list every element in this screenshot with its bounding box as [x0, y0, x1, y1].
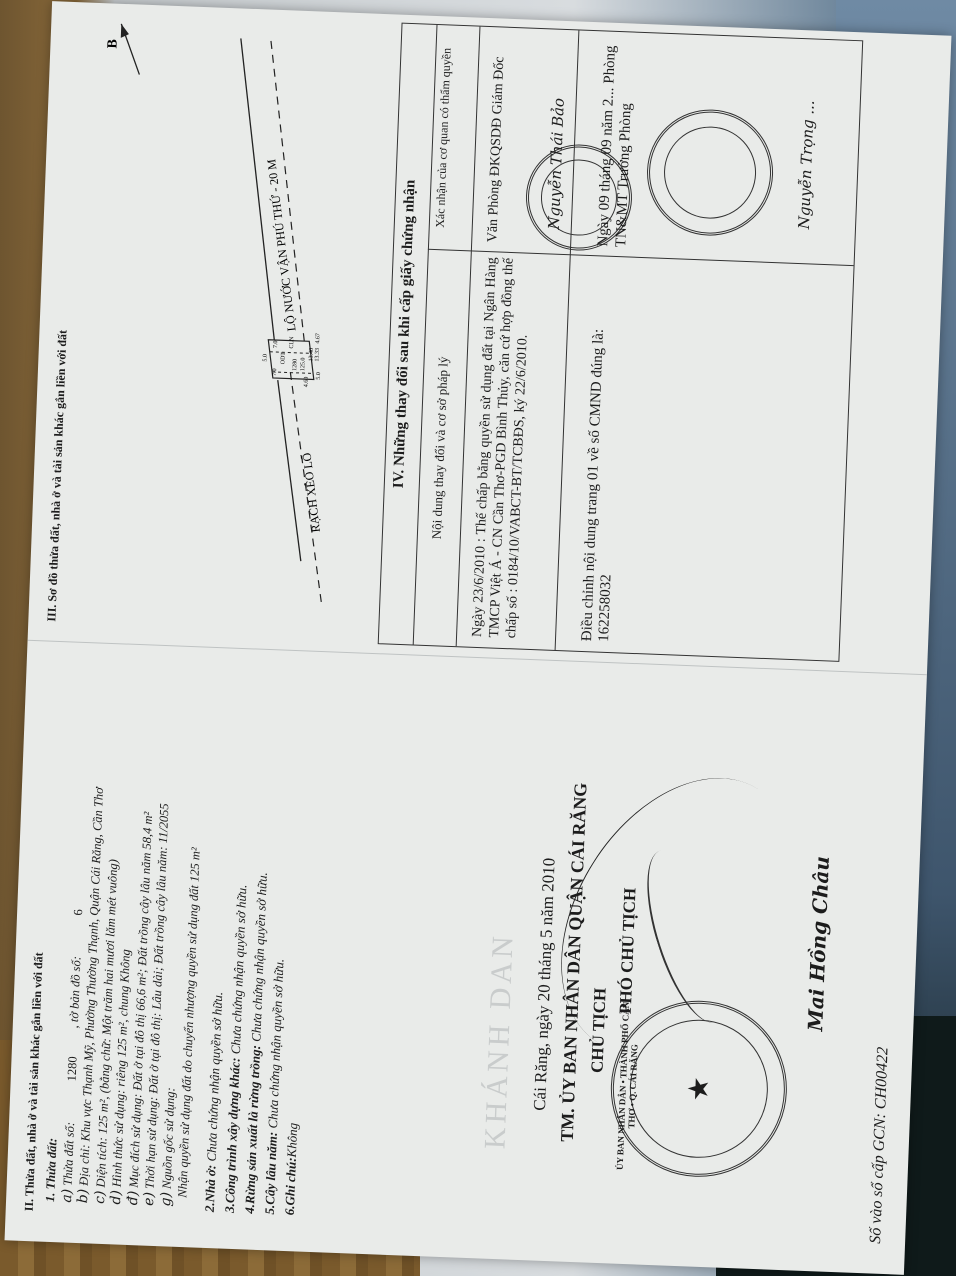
confirmation-mortgage: Văn Phòng ĐKQSDĐ Giám Đốc — [484, 32, 509, 242]
change-entry-mortgage: Ngày 23/6/2010 : Thế chấp bằng quyền sử … — [469, 257, 535, 639]
dim-right-bottom: 4.67 — [315, 333, 321, 344]
land-details: 1. Thửa đất: a) Thửa đất số: 1280 , tờ b… — [42, 786, 206, 1208]
road-bottom-label: RẠCH XẺO LỐ — [299, 452, 323, 534]
change-entry-id-correction: Điều chỉnh nội dung trang 01 về số CMND … — [579, 261, 628, 642]
parcel-diagram: B LỘ NƯỚC VẬN PHÚ THỨ - 20 M RẠCH XẺO LỐ… — [58, 12, 382, 643]
certificate-sheet: II. Thửa đất, nhà ở và tài sản khác gắn … — [5, 1, 952, 1275]
signer-name: Mai Hồng Châu — [803, 856, 834, 1032]
road-top-label: LỘ NƯỚC VẬN PHÚ THỨ - 20 M — [264, 158, 298, 332]
environment-dept-seal-icon — [645, 107, 776, 238]
issue-date: Cái Răng, ngày 20 tháng 5 năm 2010 — [530, 857, 560, 1111]
dim-right-mid: 13.33 — [314, 348, 321, 362]
subsection-notes: 6.Ghi chú:Không — [282, 1122, 302, 1215]
dim-top: 5.0 — [262, 354, 268, 362]
changes-table: IV. Những thay đổi sau khi cấp giấy chứn… — [378, 23, 864, 662]
right-page: III. Sơ đồ thửa đất, nhà ở và tài sản kh… — [28, 1, 952, 675]
parcel-area: 125.0 — [300, 357, 307, 371]
zone-cln: CLN — [289, 336, 295, 349]
star-icon: ★ — [681, 1076, 716, 1102]
zone-odt: ODT — [280, 352, 286, 365]
watermark: KHÁNH DAN — [478, 932, 520, 1150]
left-page: II. Thửa đất, nhà ở và tài sản khác gắn … — [5, 640, 927, 1275]
parcel-number: 1280 — [292, 359, 298, 371]
dim-left-bottom: 4.60 — [304, 377, 310, 388]
dim-bottom: 5.0 — [316, 372, 322, 380]
certificate-serial: Số vào sổ cấp GCN: CH00422 — [867, 1047, 893, 1244]
dim-right-top: 7.0 — [273, 340, 279, 348]
signer-id-correction: Nguyễn Trọng ... — [795, 100, 818, 230]
dim-left-top: 7.0 — [272, 368, 278, 376]
confirmation-id-correction: Ngày 09 tháng 09 năm 2... Phòng TN&MT Tr… — [594, 36, 638, 247]
north-label: B — [105, 39, 120, 49]
